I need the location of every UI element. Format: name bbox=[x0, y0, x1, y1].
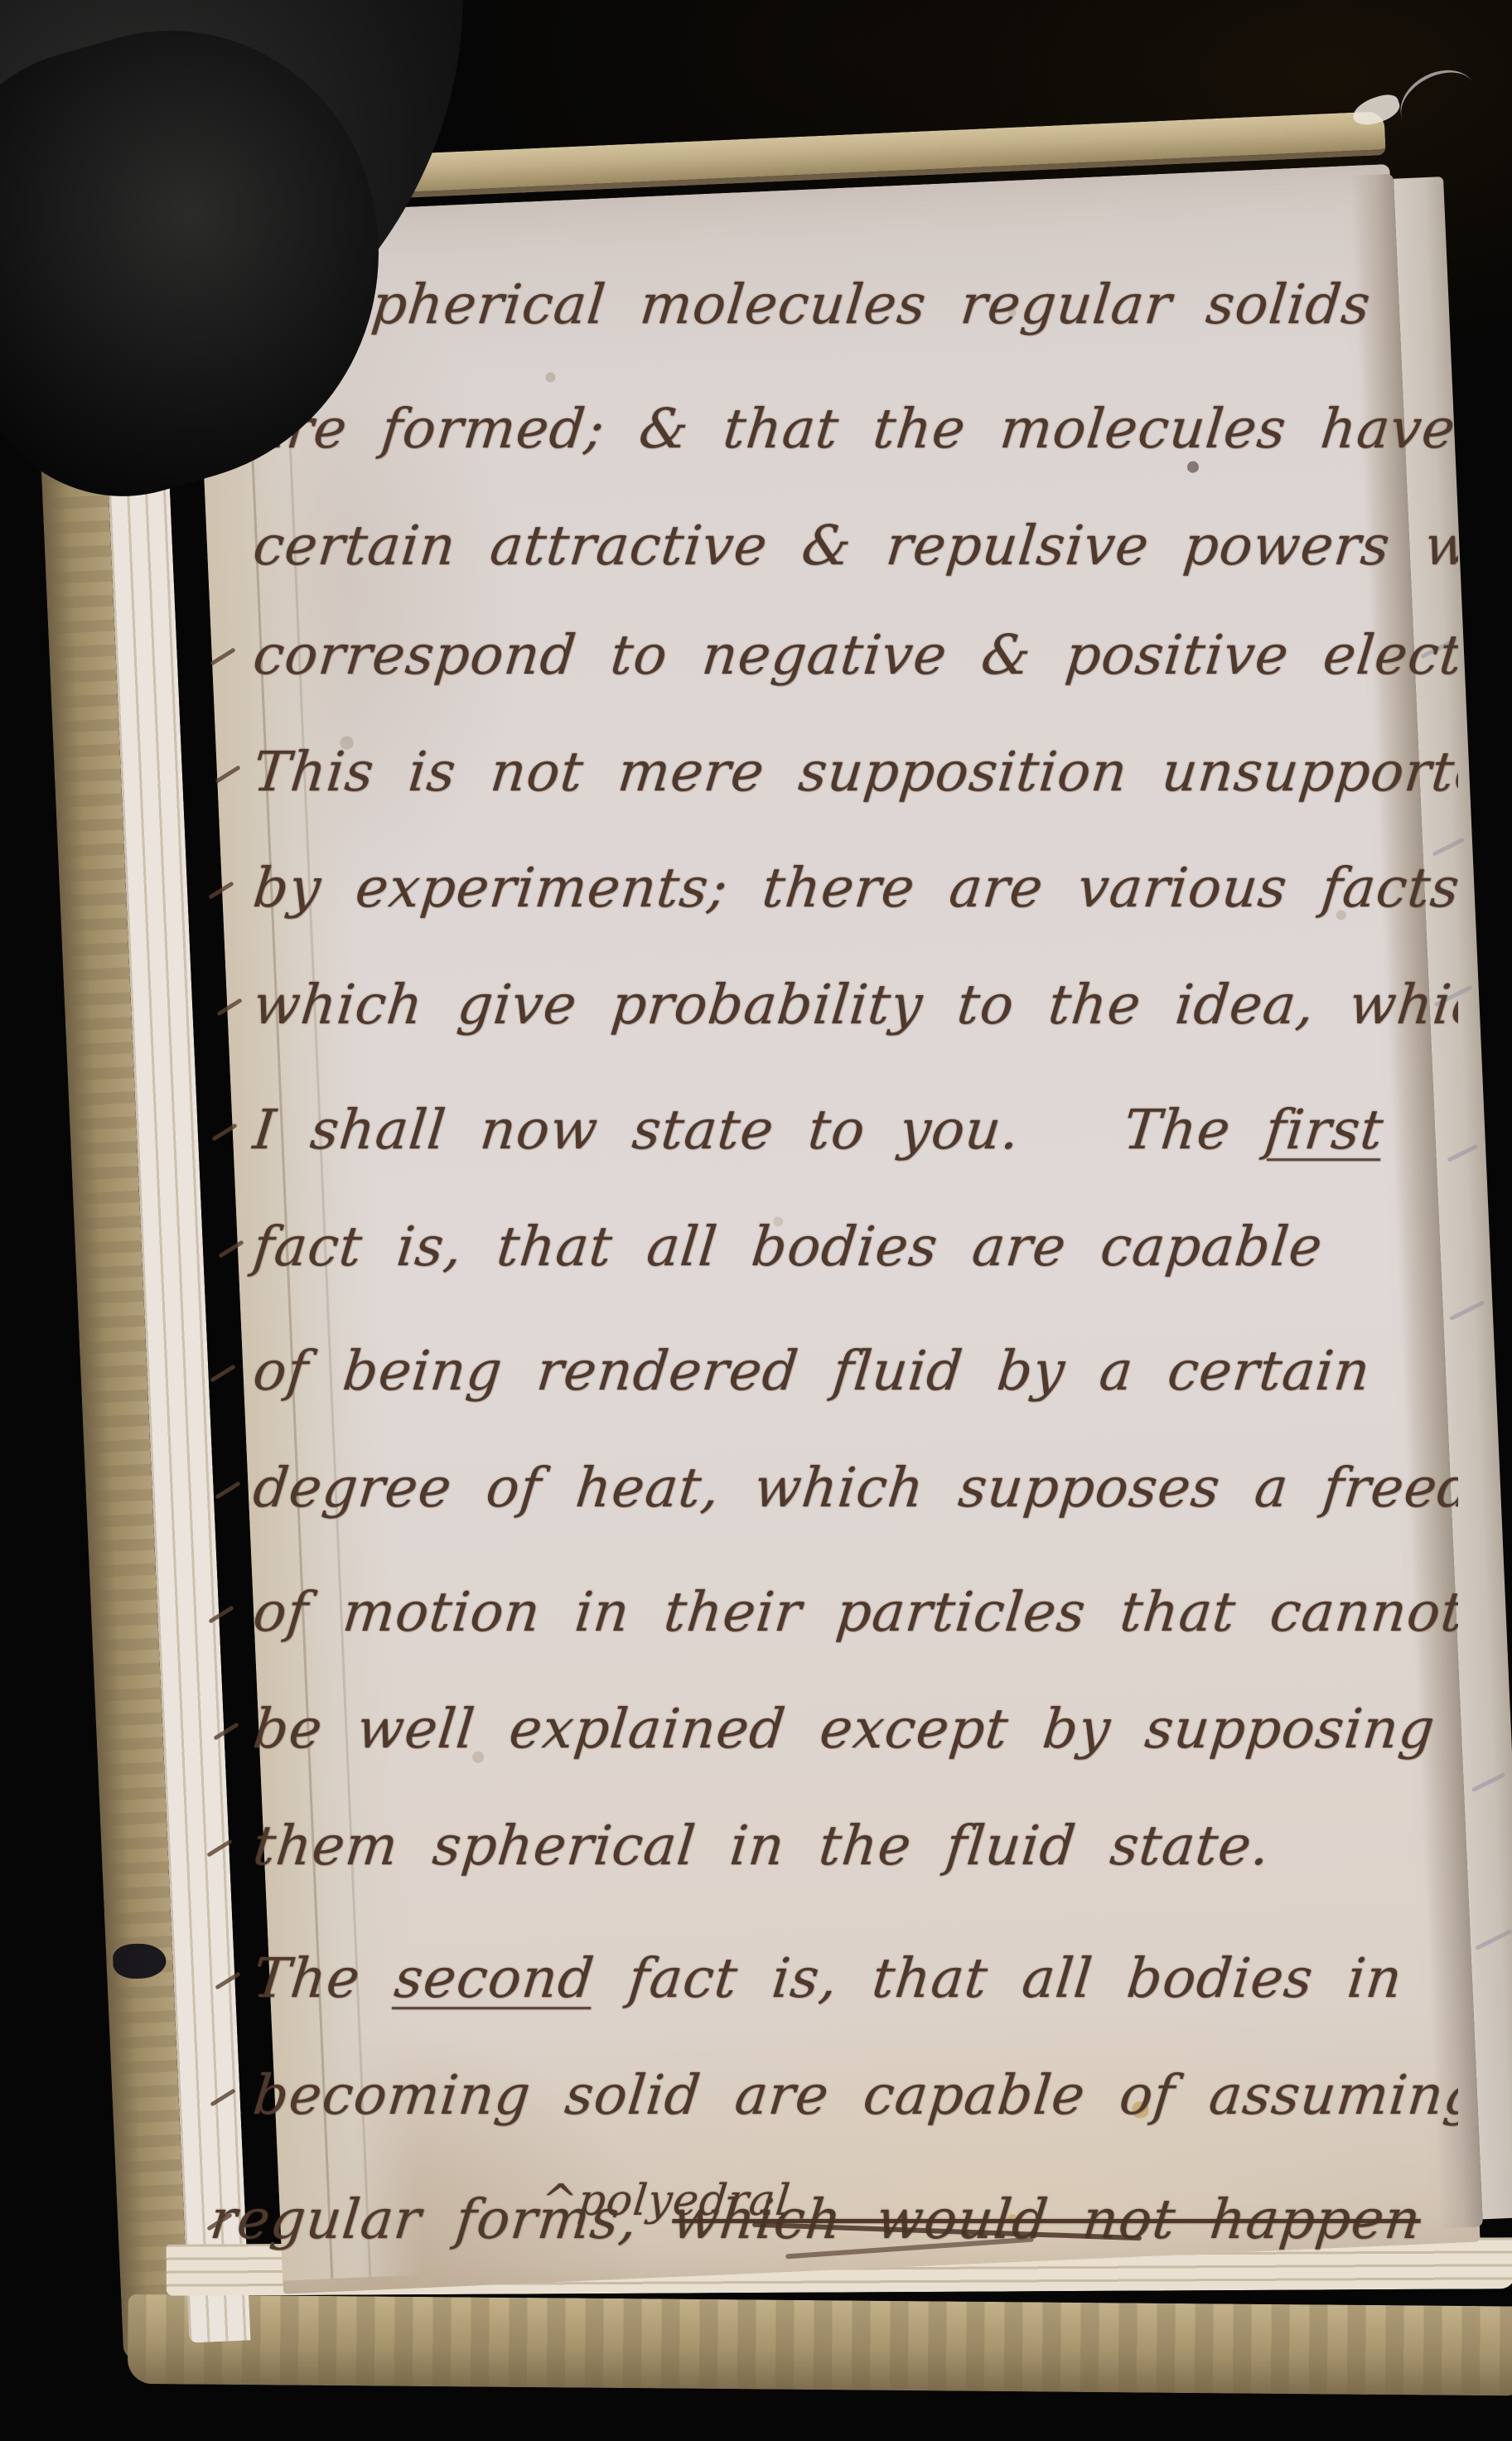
cut-off-stroke bbox=[218, 1240, 244, 1258]
text-line-5: This is not mere supposition unsupported bbox=[249, 731, 1458, 814]
cut-off-stroke bbox=[215, 765, 240, 783]
text-segment: fact is, that all bodies are capable bbox=[250, 1215, 1326, 1279]
text-line-16: becoming solid are capable of assuming bbox=[249, 2054, 1458, 2137]
cut-off-stroke bbox=[210, 2088, 235, 2106]
text-segment: degree of heat, which supposes a freedom bbox=[250, 1456, 1458, 1520]
handwritten-text: of spherical molecules regular solids ar… bbox=[205, 124, 1458, 2289]
text-line-10: of being rendered fluid by a certain bbox=[249, 1330, 1374, 1413]
text-segment: them spherical in the fluid state. bbox=[250, 1814, 1273, 1878]
cover-dark-mark bbox=[113, 1942, 167, 1979]
cut-off-stroke bbox=[210, 647, 235, 665]
text-segment: This is not mere supposition unsupported bbox=[250, 740, 1458, 804]
text-segment: of spherical molecules regular solids bbox=[250, 273, 1374, 336]
book-cover-bottom-edge bbox=[128, 2294, 1512, 2396]
text-segment: of motion in their particles that cannot bbox=[250, 1580, 1458, 1644]
text-segment: fact is, that all bodies in bbox=[591, 1946, 1406, 2010]
cut-off-stroke bbox=[208, 1605, 234, 1623]
text-line-8: I shall now state to you. The first bbox=[249, 1089, 1388, 1172]
cut-off-stroke bbox=[208, 881, 234, 899]
text-line-2: are formed; & that the molecules have bbox=[249, 388, 1458, 471]
photo-background: of spherical molecules regular solids ar… bbox=[0, 0, 1512, 2441]
text-line-6: by experiments; there are various facts bbox=[249, 847, 1458, 930]
text-line-14: them spherical in the fluid state. bbox=[249, 1805, 1274, 1888]
text-segment: regular forms, bbox=[207, 2187, 676, 2251]
cut-off-stroke bbox=[213, 1722, 239, 1740]
ghost-writing-mark bbox=[1471, 1772, 1506, 1792]
text-segment: I shall now state to you. The bbox=[250, 1098, 1268, 1162]
text-line-7: which give probability to the idea, whic… bbox=[249, 964, 1458, 1046]
text-segment: by experiments; there are various facts bbox=[250, 856, 1458, 920]
cut-off-stroke bbox=[216, 998, 242, 1016]
text-line-1: of spherical molecules regular solids bbox=[249, 263, 1375, 346]
text-segment: The bbox=[250, 1946, 399, 2010]
text-line-4: correspond to negative & positive electr… bbox=[249, 614, 1458, 697]
ghost-writing-mark bbox=[1475, 1929, 1512, 1950]
text-line-3: certain attractive & repulsive powers wh… bbox=[249, 505, 1458, 587]
underlined-word: first bbox=[1262, 1098, 1387, 1162]
text-segment: correspond to negative & positive electr… bbox=[250, 623, 1458, 687]
text-line-9: fact is, that all bodies are capable bbox=[249, 1206, 1327, 1288]
text-line-11: degree of heat, which supposes a freedom bbox=[249, 1447, 1458, 1530]
text-segment: of being rendered fluid by a certain bbox=[250, 1339, 1374, 1403]
underlined-word: second bbox=[392, 1946, 597, 2010]
text-segment: which give probability to the idea, whic… bbox=[250, 973, 1458, 1037]
struck-through-text: which would not happen bbox=[669, 2187, 1423, 2251]
text-segment: are formed; & that the molecules have bbox=[250, 397, 1458, 461]
cut-off-stroke bbox=[211, 1123, 237, 1141]
text-segment: be well explained except by supposing bbox=[250, 1697, 1438, 1761]
text-line-13: be well explained except by supposing bbox=[249, 1688, 1439, 1771]
text-line-12: of motion in their particles that cannot bbox=[249, 1571, 1458, 1654]
cut-off-stroke bbox=[206, 1839, 232, 1857]
cut-off-stroke bbox=[215, 1481, 240, 1499]
text-segment: becoming solid are capable of assuming bbox=[250, 2063, 1458, 2127]
text-line-17: regular forms, which would not happen bbox=[206, 2178, 1425, 2261]
text-segment: certain attractive & repulsive powers wh… bbox=[250, 514, 1458, 578]
cut-off-stroke bbox=[215, 1971, 240, 1989]
text-line-15: The second fact is, that all bodies in bbox=[249, 1937, 1407, 2020]
cut-off-stroke bbox=[210, 1364, 235, 1382]
